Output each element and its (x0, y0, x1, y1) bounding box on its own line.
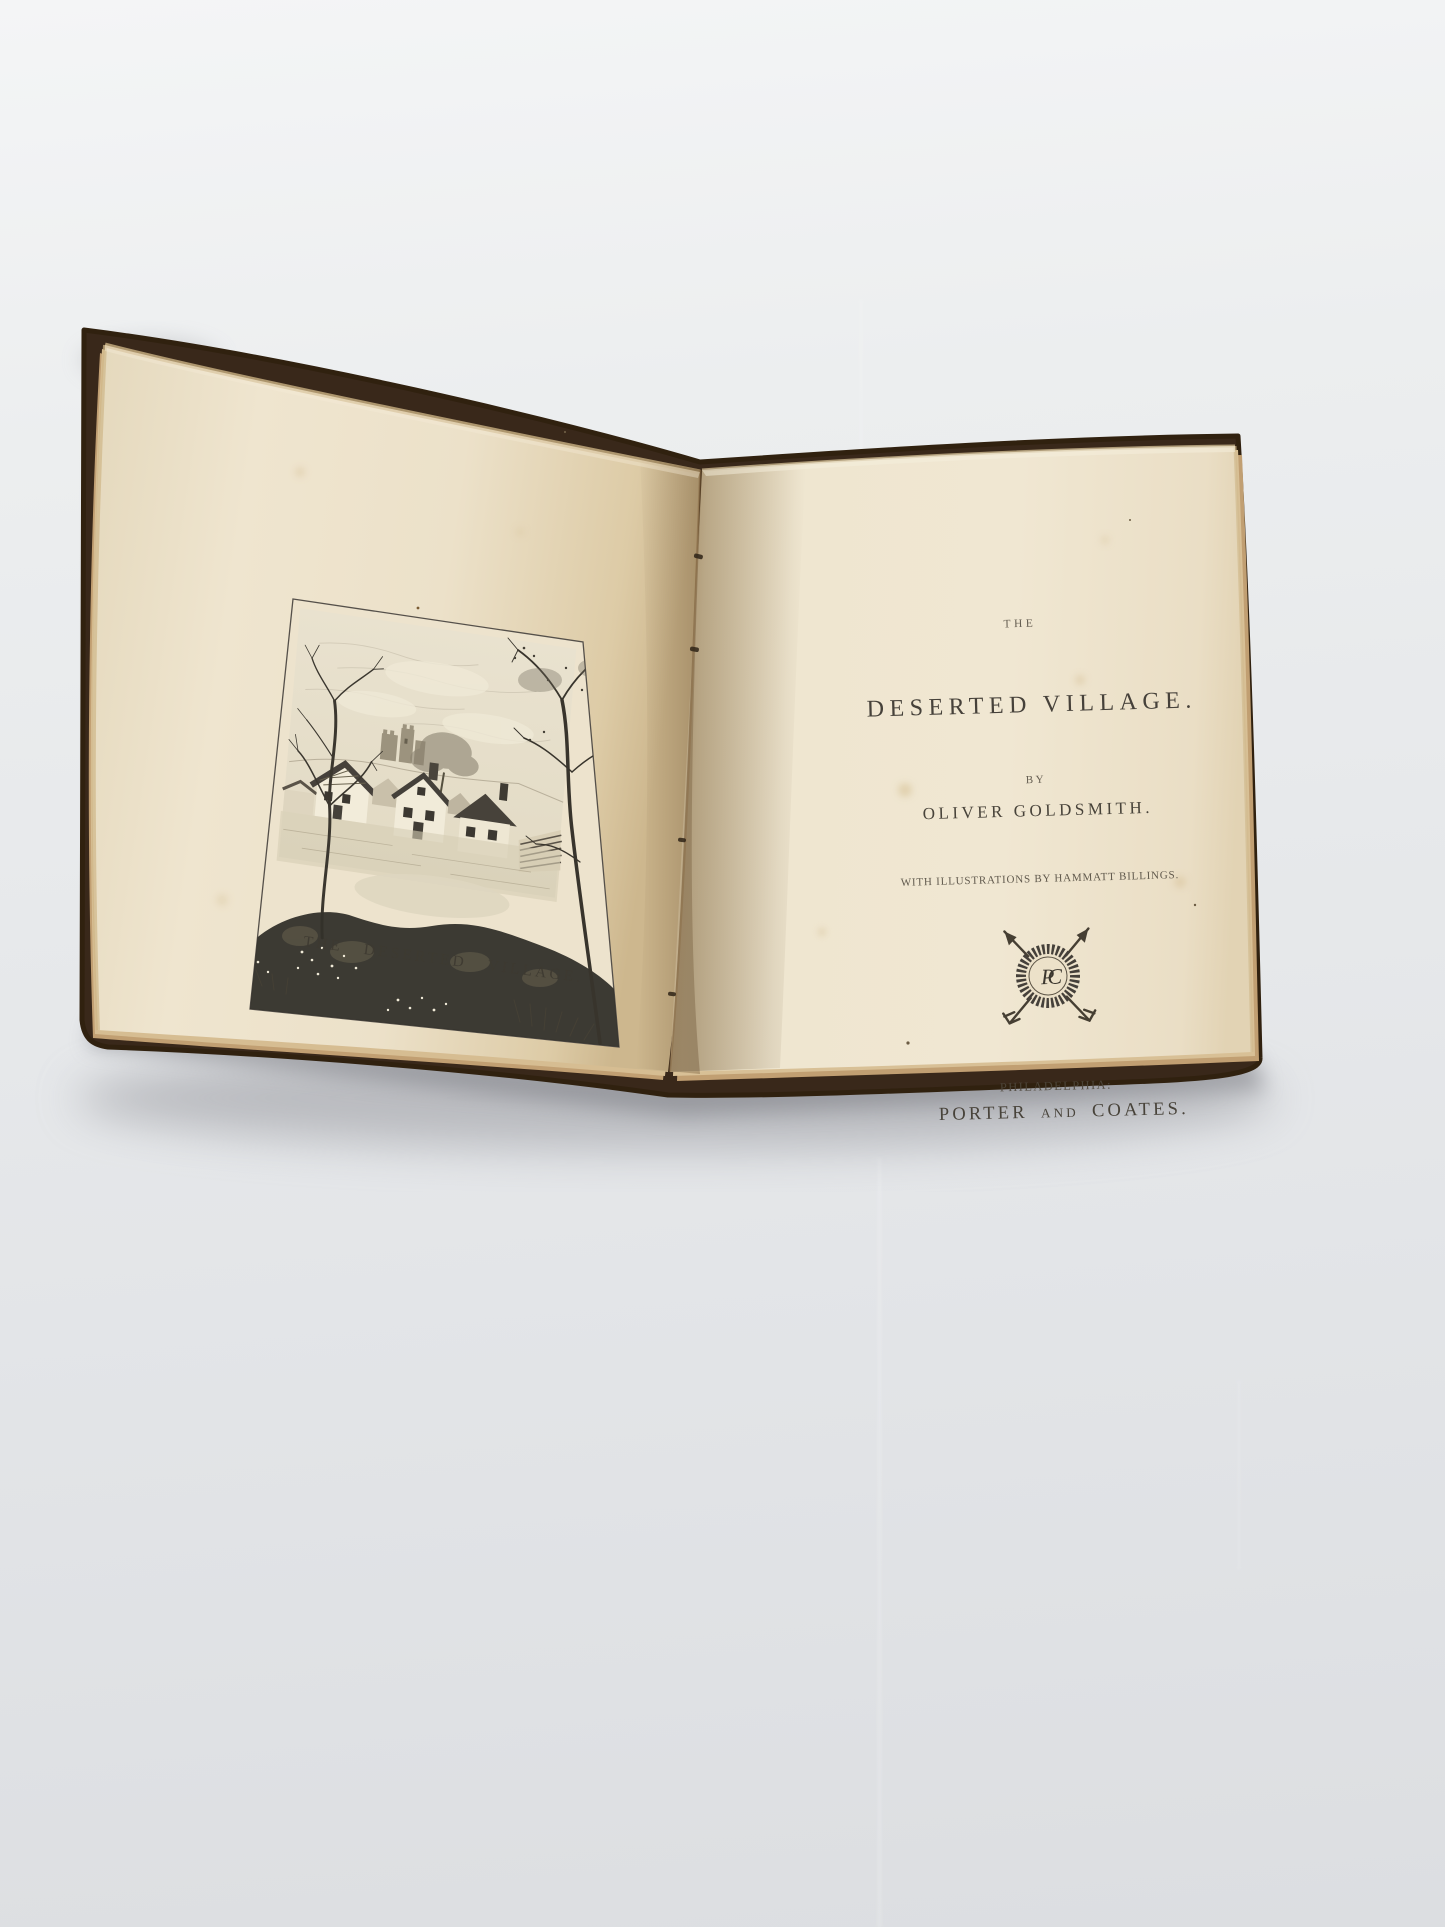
half-title: THE (1003, 618, 1036, 631)
publisher-name-part: COATES. (1092, 1099, 1189, 1121)
publisher-name-and: AND (1041, 1105, 1079, 1121)
page-gutter (636, 458, 806, 1074)
publisher-name-part: PORTER (939, 1103, 1028, 1125)
open-book: THE DESERTED VILLAGE. THE DESERTED VILLA… (82, 330, 1260, 1125)
publisher-city: PHILADELPHIA: (1000, 1078, 1112, 1095)
photo-backdrop: THE DESERTED VILLAGE. THE DESERTED VILLA… (0, 0, 1445, 1927)
byline: BY (1026, 774, 1047, 787)
illustration-plate: THE DESERTED VILLAGE. (250, 599, 619, 1047)
